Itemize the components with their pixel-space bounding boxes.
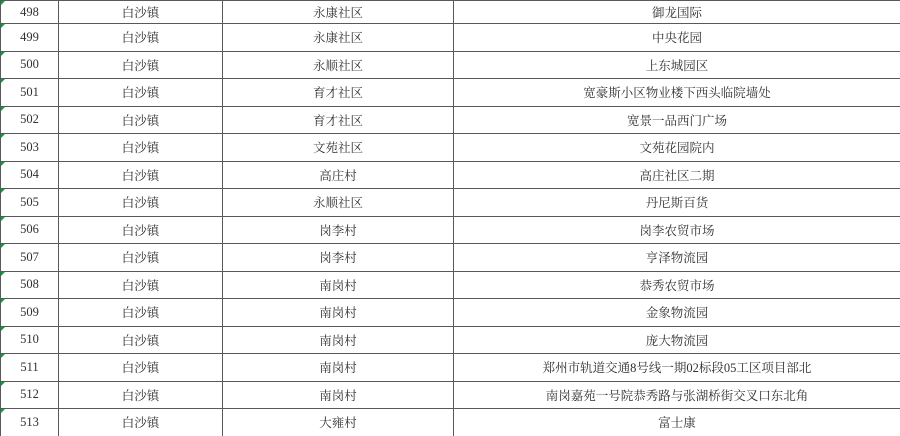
cell-community-text: 永顺社区 [313,196,363,210]
cell-location[interactable]: 恭秀农贸市场 [454,271,900,299]
cell-row-number-text: 512 [20,387,39,401]
table-row: 509白沙镇南岗村金象物流园 [1,299,900,327]
cell-row-number-text: 502 [20,112,39,126]
cell-community-text: 高庄村 [319,169,357,183]
cell-community[interactable]: 永康社区 [223,1,454,24]
cell-community[interactable]: 永康社区 [223,24,454,52]
cell-location-text: 南岗嘉苑一号院恭秀路与张湖桥街交叉口东北角 [546,389,809,403]
cell-community[interactable]: 南岗村 [223,326,454,354]
cell-community-text: 永顺社区 [313,59,363,73]
cell-error-indicator-triangle [1,299,5,303]
cell-community[interactable]: 高庄村 [223,161,454,189]
cell-town[interactable]: 白沙镇 [59,326,223,354]
cell-town[interactable]: 白沙镇 [59,409,223,436]
cell-community-text: 南岗村 [319,279,357,293]
cell-town-text: 白沙镇 [122,306,160,320]
table-row: 498白沙镇永康社区御龙国际 [1,1,900,24]
cell-error-indicator-triangle [1,134,5,138]
cell-location[interactable]: 御龙国际 [454,1,900,24]
cell-row-number-text: 503 [20,140,39,154]
table-row: 502白沙镇育才社区宽景一品西门广场 [1,106,900,134]
cell-town-text: 白沙镇 [122,59,160,73]
cell-community[interactable]: 育才社区 [223,79,454,107]
cell-community-text: 岗李村 [319,251,357,265]
cell-community-text: 南岗村 [319,334,357,348]
cell-location-text: 金象物流园 [646,306,709,320]
cell-row-number-text: 501 [20,85,39,99]
cell-town-text: 白沙镇 [122,31,160,45]
table-row: 506白沙镇岗李村岗李农贸市场 [1,216,900,244]
cell-town-text: 白沙镇 [122,361,160,375]
cell-community[interactable]: 南岗村 [223,271,454,299]
cell-town-text: 白沙镇 [122,169,160,183]
locations-table: 498白沙镇永康社区御龙国际499白沙镇永康社区中央花园500白沙镇永顺社区上东… [0,0,900,436]
cell-location[interactable]: 宽豪斯小区物业楼下西头临院墙处 [454,79,900,107]
cell-community-text: 育才社区 [313,114,363,128]
cell-community-text: 文苑社区 [313,141,363,155]
cell-location[interactable]: 庞大物流园 [454,326,900,354]
cell-location-text: 宽豪斯小区物业楼下西头临院墙处 [583,86,771,100]
cell-town[interactable]: 白沙镇 [59,106,223,134]
cell-row-number[interactable]: 501 [1,79,59,107]
cell-town[interactable]: 白沙镇 [59,354,223,382]
table-row: 505白沙镇永顺社区丹尼斯百货 [1,189,900,217]
cell-error-indicator-triangle [1,107,5,111]
cell-location[interactable]: 中央花园 [454,24,900,52]
cell-location-text: 御龙国际 [652,6,702,20]
cell-location[interactable]: 郑州市轨道交通8号线一期02标段05工区项目部北 [454,354,900,382]
cell-row-number[interactable]: 511 [1,354,59,382]
cell-location-text: 富士康 [658,416,696,430]
cell-error-indicator-triangle [1,217,5,221]
cell-location[interactable]: 文苑花园院内 [454,134,900,162]
table-body: 498白沙镇永康社区御龙国际499白沙镇永康社区中央花园500白沙镇永顺社区上东… [1,1,900,436]
cell-community[interactable]: 南岗村 [223,381,454,409]
cell-location[interactable]: 上东城园区 [454,51,900,79]
cell-town-text: 白沙镇 [122,141,160,155]
table-row: 512白沙镇南岗村南岗嘉苑一号院恭秀路与张湖桥街交叉口东北角 [1,381,900,409]
cell-community-text: 南岗村 [319,361,357,375]
cell-error-indicator-triangle [1,52,5,56]
cell-location-text: 恭秀农贸市场 [639,279,714,293]
cell-location-text: 文苑花园院内 [639,141,714,155]
cell-location[interactable]: 丹尼斯百货 [454,189,900,217]
cell-row-number[interactable]: 509 [1,299,59,327]
cell-row-number[interactable]: 512 [1,381,59,409]
cell-row-number-text: 505 [20,195,39,209]
cell-town[interactable]: 白沙镇 [59,79,223,107]
cell-community[interactable]: 南岗村 [223,299,454,327]
cell-town-text: 白沙镇 [122,279,160,293]
cell-location[interactable]: 高庄社区二期 [454,161,900,189]
cell-community-text: 岗李村 [319,224,357,238]
cell-location-text: 亨泽物流园 [646,251,709,265]
cell-town-text: 白沙镇 [122,389,160,403]
cell-location[interactable]: 金象物流园 [454,299,900,327]
cell-town-text: 白沙镇 [122,6,160,20]
cell-town-text: 白沙镇 [122,224,160,238]
cell-community[interactable]: 大雍村 [223,409,454,436]
cell-row-number[interactable]: 499 [1,24,59,52]
cell-error-indicator-triangle [1,409,5,413]
table-row: 500白沙镇永顺社区上东城园区 [1,51,900,79]
cell-row-number-text: 510 [20,332,39,346]
cell-community-text: 永康社区 [313,6,363,20]
cell-row-number[interactable]: 505 [1,189,59,217]
cell-town[interactable]: 白沙镇 [59,189,223,217]
cell-location-text: 宽景一品西门广场 [627,114,727,128]
cell-row-number[interactable]: 513 [1,409,59,436]
cell-town-text: 白沙镇 [122,416,160,430]
cell-row-number-text: 507 [20,250,39,264]
cell-location-text: 庞大物流园 [646,334,709,348]
cell-row-number[interactable]: 508 [1,271,59,299]
cell-town-text: 白沙镇 [122,251,160,265]
cell-town-text: 白沙镇 [122,196,160,210]
cell-row-number-text: 508 [20,277,39,291]
cell-error-indicator-triangle [1,327,5,331]
cell-community-text: 南岗村 [319,306,357,320]
cell-row-number-text: 499 [20,30,39,44]
cell-town[interactable]: 白沙镇 [59,24,223,52]
cell-row-number[interactable]: 506 [1,216,59,244]
cell-community-text: 南岗村 [319,389,357,403]
cell-row-number[interactable]: 507 [1,244,59,272]
cell-location[interactable]: 南岗嘉苑一号院恭秀路与张湖桥街交叉口东北角 [454,381,900,409]
table-row: 503白沙镇文苑社区文苑花园院内 [1,134,900,162]
cell-community[interactable]: 岗李村 [223,216,454,244]
cell-location[interactable]: 岗李农贸市场 [454,216,900,244]
cell-town-text: 白沙镇 [122,86,160,100]
table-row: 513白沙镇大雍村富士康 [1,409,900,436]
cell-town[interactable]: 白沙镇 [59,1,223,24]
cell-community-text: 永康社区 [313,31,363,45]
cell-community[interactable]: 岗李村 [223,244,454,272]
cell-error-indicator-triangle [1,79,5,83]
cell-row-number-text: 504 [20,167,39,181]
cell-row-number-text: 509 [20,305,39,319]
cell-town-text: 白沙镇 [122,114,160,128]
cell-location-text: 上东城园区 [646,59,709,73]
cell-row-number-text: 511 [20,360,38,374]
table-row: 508白沙镇南岗村恭秀农贸市场 [1,271,900,299]
cell-town[interactable]: 白沙镇 [59,381,223,409]
cell-row-number[interactable]: 500 [1,51,59,79]
cell-town[interactable]: 白沙镇 [59,299,223,327]
cell-town[interactable]: 白沙镇 [59,216,223,244]
cell-town[interactable]: 白沙镇 [59,244,223,272]
cell-error-indicator-triangle [1,24,5,28]
table-row: 511白沙镇南岗村郑州市轨道交通8号线一期02标段05工区项目部北 [1,354,900,382]
cell-town[interactable]: 白沙镇 [59,271,223,299]
cell-error-indicator-triangle [1,244,5,248]
cell-location-text: 郑州市轨道交通8号线一期02标段05工区项目部北 [543,361,812,375]
cell-town[interactable]: 白沙镇 [59,51,223,79]
cell-error-indicator-triangle [1,272,5,276]
cell-row-number[interactable]: 503 [1,134,59,162]
table-row: 499白沙镇永康社区中央花园 [1,24,900,52]
cell-row-number-text: 500 [20,57,39,71]
cell-location-text: 中央花园 [652,31,702,45]
cell-row-number-text: 513 [20,415,39,429]
table-row: 501白沙镇育才社区宽豪斯小区物业楼下西头临院墙处 [1,79,900,107]
cell-location-text: 岗李农贸市场 [639,224,714,238]
table-row: 510白沙镇南岗村庞大物流园 [1,326,900,354]
cell-row-number[interactable]: 498 [1,1,59,24]
cell-location-text: 高庄社区二期 [639,169,714,183]
cell-location[interactable]: 宽景一品西门广场 [454,106,900,134]
cell-town[interactable]: 白沙镇 [59,161,223,189]
cell-error-indicator-triangle [1,354,5,358]
cell-community[interactable]: 永顺社区 [223,51,454,79]
cell-location[interactable]: 亨泽物流园 [454,244,900,272]
table-row: 504白沙镇高庄村高庄社区二期 [1,161,900,189]
cell-location-text: 丹尼斯百货 [646,196,709,210]
cell-community[interactable]: 育才社区 [223,106,454,134]
cell-community[interactable]: 南岗村 [223,354,454,382]
cell-community[interactable]: 永顺社区 [223,189,454,217]
cell-error-indicator-triangle [1,189,5,193]
cell-community-text: 大雍村 [319,416,357,430]
cell-error-indicator-triangle [1,1,5,5]
cell-error-indicator-triangle [1,382,5,386]
cell-location[interactable]: 富士康 [454,409,900,436]
cell-row-number-text: 506 [20,222,39,236]
cell-community-text: 育才社区 [313,86,363,100]
cell-town[interactable]: 白沙镇 [59,134,223,162]
table-row: 507白沙镇岗李村亨泽物流园 [1,244,900,272]
cell-row-number[interactable]: 504 [1,161,59,189]
cell-row-number[interactable]: 502 [1,106,59,134]
cell-town-text: 白沙镇 [122,334,160,348]
cell-error-indicator-triangle [1,162,5,166]
cell-row-number[interactable]: 510 [1,326,59,354]
cell-community[interactable]: 文苑社区 [223,134,454,162]
cell-row-number-text: 498 [20,5,39,19]
